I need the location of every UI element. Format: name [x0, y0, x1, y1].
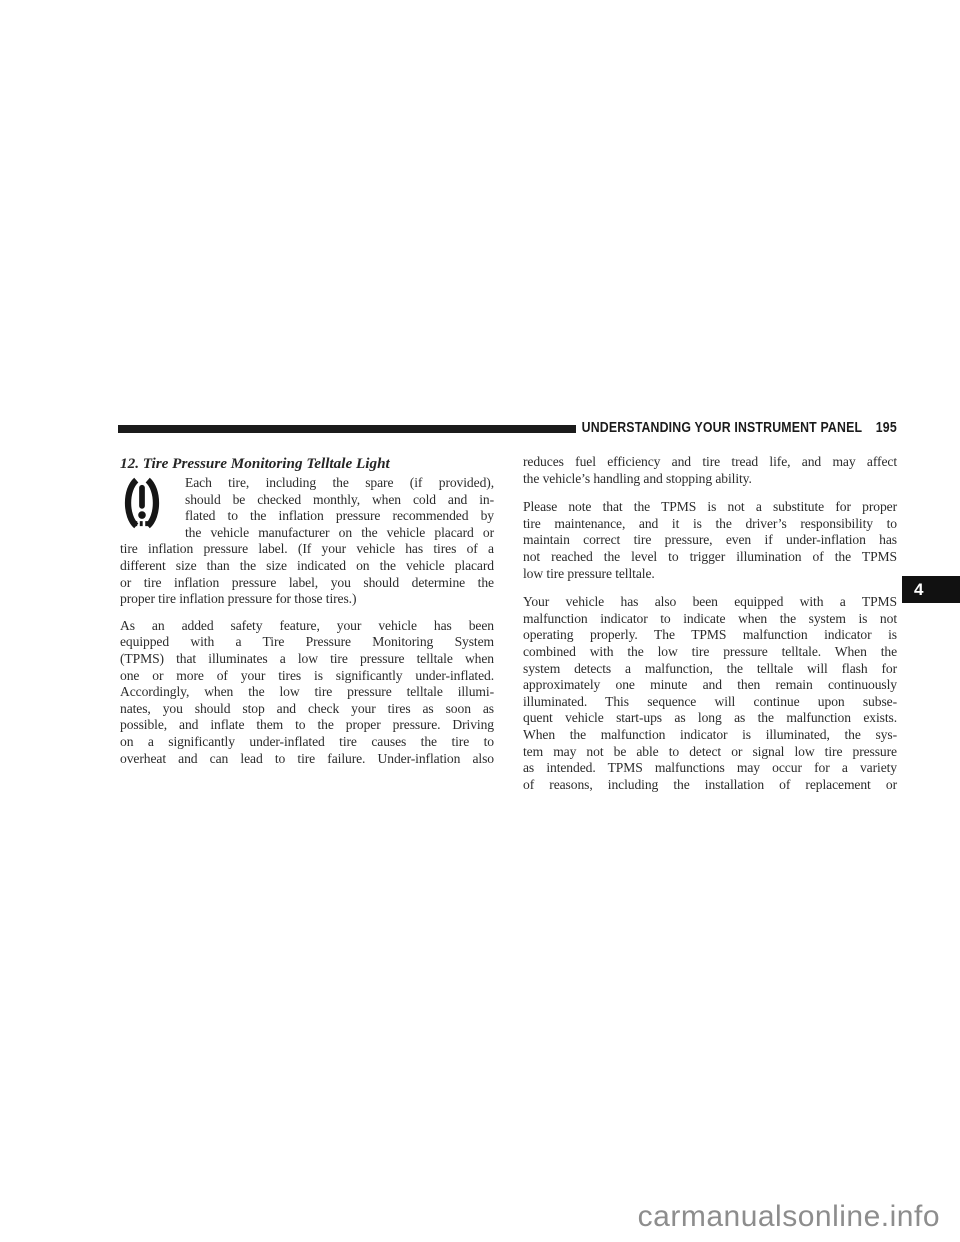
- text-line: not reached the level to trigger illumin…: [523, 549, 897, 566]
- text-line: maintain correct tire pressure, even if …: [523, 532, 897, 549]
- text-line: or tire inflation pressure label, you sh…: [120, 575, 494, 592]
- text-line: tem may not be able to detect or signal …: [523, 744, 897, 761]
- paragraph-tpms-not-substitute: Please note that the TPMS is not a subst…: [523, 499, 897, 582]
- paragraph-tpms-intro: Each tire, including the spare (if provi…: [120, 475, 494, 608]
- text-line: Accordingly, when the low tire pressure …: [120, 684, 494, 701]
- page-header: UNDERSTANDING YOUR INSTRUMENT PANEL195: [582, 419, 897, 437]
- section-heading: 12. Tire Pressure Monitoring Telltale Li…: [120, 454, 494, 473]
- text-line: of reasons, including the installation o…: [523, 777, 897, 794]
- text-line: on a significantly under-inflated tire c…: [120, 734, 494, 751]
- tpms-warning-icon: [121, 477, 163, 529]
- text-line: (TPMS) that illuminates a low tire press…: [120, 651, 494, 668]
- right-column: reduces fuel efficiency and tire tread l…: [523, 454, 897, 805]
- text-line: operating properly. The TPMS malfunction…: [523, 627, 897, 644]
- paragraph-malfunction-indicator: Your vehicle has also been equipped with…: [523, 594, 897, 793]
- text-line: possible, and inflate them to the proper…: [120, 717, 494, 734]
- header-rule: [118, 425, 576, 433]
- text-line: low tire pressure telltale.: [523, 566, 897, 583]
- text-line: combined with the low tire pressure tell…: [523, 644, 897, 661]
- text-line: proper tire inflation pressure for those…: [120, 591, 494, 608]
- text-line: as intended. TPMS malfunctions may occur…: [523, 760, 897, 777]
- text-line: the vehicle’s handling and stopping abil…: [523, 471, 897, 488]
- text-line: overheat and can lead to tire failure. U…: [120, 751, 494, 768]
- text-line: Each tire, including the spare (if provi…: [120, 475, 494, 492]
- text-line: one or more of your tires is significant…: [120, 668, 494, 685]
- text-line: tire maintenance, and it is the driver’s…: [523, 516, 897, 533]
- text-line: Your vehicle has also been equipped with…: [523, 594, 897, 611]
- text-line: equipped with a Tire Pressure Monitoring…: [120, 634, 494, 651]
- text-line: should be checked monthly, when cold and…: [120, 492, 494, 509]
- text-line: the vehicle manufacturer on the vehicle …: [120, 525, 494, 542]
- header-title: UNDERSTANDING YOUR INSTRUMENT PANEL: [582, 420, 863, 436]
- text-line: illuminated. This sequence will continue…: [523, 694, 897, 711]
- page-number: 195: [876, 420, 897, 436]
- text-line: malfunction indicator to indicate when t…: [523, 611, 897, 628]
- paragraph-lines-beside-icon: Each tire, including the spare (if provi…: [120, 475, 494, 541]
- text-line: different size than the size indicated o…: [120, 558, 494, 575]
- text-line: flated to the inflation pressure recomme…: [120, 508, 494, 525]
- left-column: 12. Tire Pressure Monitoring Telltale Li…: [120, 454, 494, 777]
- text-line: reduces fuel efficiency and tire tread l…: [523, 454, 897, 471]
- paragraph-tpms-feature: As an added safety feature, your vehicle…: [120, 618, 494, 767]
- watermark: carmanualsonline.info: [638, 1200, 940, 1234]
- text-line: tire inflation pressure label. (If your …: [120, 541, 494, 558]
- manual-page: UNDERSTANDING YOUR INSTRUMENT PANEL195 4…: [0, 0, 960, 1242]
- text-line: approximately one minute and then remain…: [523, 677, 897, 694]
- text-line: system detects a malfunction, the tellta…: [523, 661, 897, 678]
- paragraph-lines-full-width: tire inflation pressure label. (If your …: [120, 541, 494, 607]
- text-line: nates, you should stop and check your ti…: [120, 701, 494, 718]
- text-line: As an added safety feature, your vehicle…: [120, 618, 494, 635]
- text-line: quent vehicle start-ups as long as the m…: [523, 710, 897, 727]
- text-line: Please note that the TPMS is not a subst…: [523, 499, 897, 516]
- text-line: When the malfunction indicator is illumi…: [523, 727, 897, 744]
- chapter-tab: 4: [902, 576, 960, 603]
- paragraph-underinflation-effects: reduces fuel efficiency and tire tread l…: [523, 454, 897, 487]
